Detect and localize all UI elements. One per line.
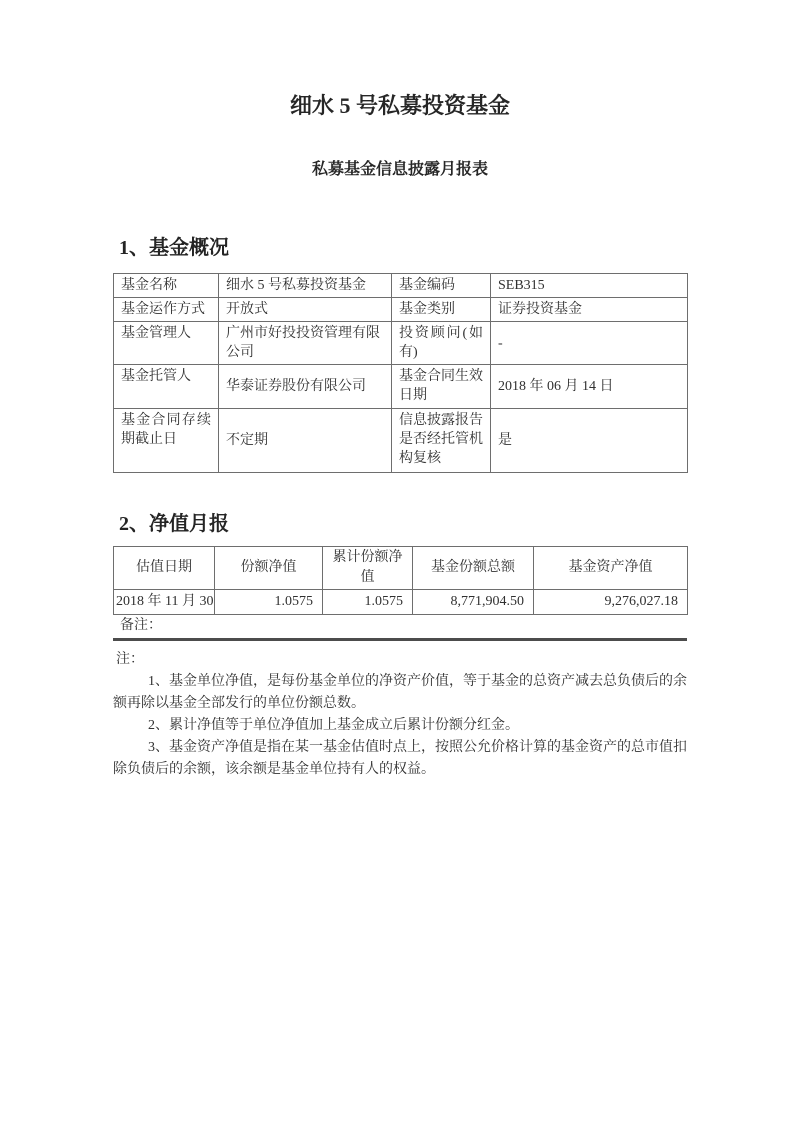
- cumulative-nav-value: 1.0575: [323, 590, 413, 615]
- fund-manager-label: 基金管理人: [114, 322, 219, 365]
- custodian-review-value: 是: [491, 409, 688, 473]
- valuation-date-header: 估值日期: [114, 547, 215, 590]
- table-row: 基金合同存续期截止日 不定期 信息披露报告是否经托管机构复核 是: [114, 409, 688, 473]
- table-row: 基金托管人 华泰证券股份有限公司 基金合同生效日期 2018 年 06 月 14…: [114, 365, 688, 409]
- total-shares-value: 8,771,904.50: [413, 590, 534, 615]
- investment-advisor-label: 投资顾问(如有): [392, 322, 491, 365]
- note-item: 3、基金资产净值是指在某一基金估值时点上，按照公允价格计算的基金资产的总市值扣除…: [113, 737, 687, 781]
- fund-category-label: 基金类别: [392, 298, 491, 322]
- page-subtitle: 私募基金信息披露月报表: [113, 160, 687, 180]
- remark-row: 备注：: [113, 615, 687, 641]
- table-row: 基金运作方式 开放式 基金类别 证券投资基金: [114, 298, 688, 322]
- section-heading-fund-overview: 1、基金概况: [119, 235, 687, 261]
- notes-label: 注：: [113, 649, 687, 671]
- note-item: 2、累计净值等于单位净值加上基金成立后累计份额分红金。: [113, 715, 687, 737]
- fund-code-label: 基金编码: [392, 274, 491, 298]
- operation-mode-value: 开放式: [219, 298, 392, 322]
- table-row: 2018 年 11 月 30 日 1.0575 1.0575 8,771,904…: [114, 590, 688, 615]
- operation-mode-label: 基金运作方式: [114, 298, 219, 322]
- section-heading-nav-report: 2、净值月报: [119, 511, 687, 537]
- valuation-date-value: 2018 年 11 月 30 日: [114, 590, 215, 615]
- fund-custodian-label: 基金托管人: [114, 365, 219, 409]
- fund-category-value: 证券投资基金: [491, 298, 688, 322]
- custodian-review-label: 信息披露报告是否经托管机构复核: [392, 409, 491, 473]
- table-header-row: 估值日期 份额净值 累计份额净值 基金份额总额 基金资产净值: [114, 547, 688, 590]
- fund-overview-table: 基金名称 细水 5 号私募投资基金 基金编码 SEB315 基金运作方式 开放式…: [113, 273, 688, 473]
- fund-code-value: SEB315: [491, 274, 688, 298]
- contract-expiry-label: 基金合同存续期截止日: [114, 409, 219, 473]
- fund-manager-value: 广州市好投投资管理有限公司: [219, 322, 392, 365]
- nav-report-table: 估值日期 份额净值 累计份额净值 基金份额总额 基金资产净值 2018 年 11…: [113, 546, 688, 615]
- note-item: 1、基金单位净值，是每份基金单位的净资产价值，等于基金的总资产减去总负债后的余额…: [113, 671, 687, 715]
- document-body: 细水 5 号私募投资基金 私募基金信息披露月报表 1、基金概况 基金名称 细水 …: [113, 92, 687, 781]
- cumulative-nav-header: 累计份额净值: [323, 547, 413, 590]
- nav-per-share-header: 份额净值: [215, 547, 323, 590]
- fund-name-label: 基金名称: [114, 274, 219, 298]
- contract-expiry-value: 不定期: [219, 409, 392, 473]
- fund-custodian-value: 华泰证券股份有限公司: [219, 365, 392, 409]
- table-row: 基金管理人 广州市好投投资管理有限公司 投资顾问(如有) -: [114, 322, 688, 365]
- report-page: 细水 5 号私募投资基金 私募基金信息披露月报表 1、基金概况 基金名称 细水 …: [0, 0, 800, 1131]
- nav-per-share-value: 1.0575: [215, 590, 323, 615]
- contract-effective-date-label: 基金合同生效日期: [392, 365, 491, 409]
- page-title: 细水 5 号私募投资基金: [113, 92, 687, 120]
- total-shares-header: 基金份额总额: [413, 547, 534, 590]
- fund-name-value: 细水 5 号私募投资基金: [219, 274, 392, 298]
- net-asset-value-header: 基金资产净值: [534, 547, 688, 590]
- table-row: 基金名称 细水 5 号私募投资基金 基金编码 SEB315: [114, 274, 688, 298]
- investment-advisor-value: -: [491, 322, 688, 365]
- net-asset-value-value: 9,276,027.18: [534, 590, 688, 615]
- contract-effective-date-value: 2018 年 06 月 14 日: [491, 365, 688, 409]
